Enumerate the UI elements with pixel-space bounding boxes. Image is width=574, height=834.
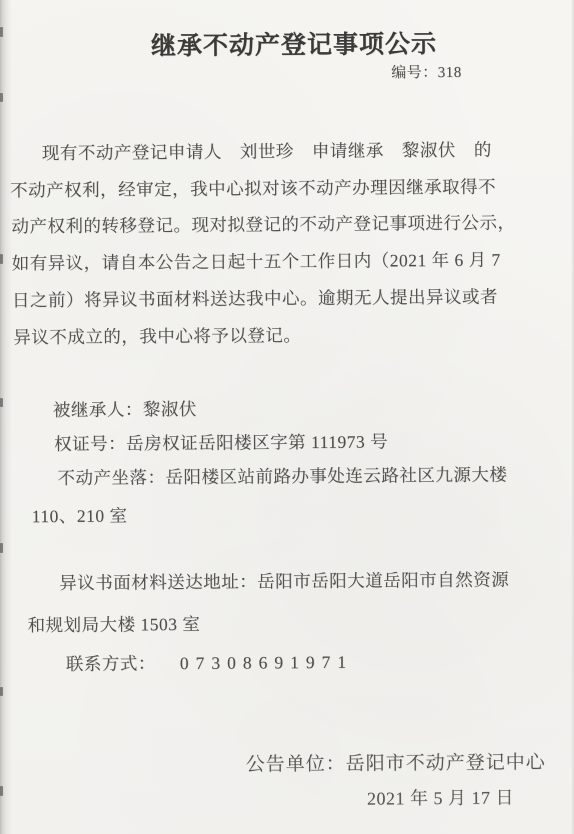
date-line: 2021 年 5 月 17 日 — [367, 787, 514, 809]
notice-paragraph-line-4: 如有异议，请自本公告之日起十五个工作日内（2021 年 6 月 7 — [12, 250, 501, 274]
notice-paragraph-line-6: 异议不成立的，我中心将予以登记。 — [13, 325, 301, 348]
scanned-notice-page: 继承不动产登记事项公示 编号：318 现有不动产登记申请人 刘世珍 申请继承 黎… — [0, 0, 574, 834]
document-number: 编号：318 — [391, 61, 462, 83]
publisher-line: 公告单位：岳阳市不动产登记中心 — [246, 752, 546, 777]
document-number-label: 编号： — [391, 65, 438, 81]
decedent-line: 被继承人：黎淑伏 — [53, 399, 197, 421]
contact-line: 联系方式：07308691971 — [66, 652, 353, 675]
contact-phone-number: 07308691971 — [180, 652, 353, 673]
document-content: 继承不动产登记事项公示 编号：318 现有不动产登记申请人 刘世珍 申请继承 黎… — [0, 0, 574, 834]
notice-paragraph-line-2: 不动产权利，经审定，我中心拟对该不动产办理因继承取得不 — [10, 177, 496, 201]
notice-paragraph-line-1: 现有不动产登记申请人 刘世珍 申请继承 黎淑伏 的 — [42, 140, 492, 164]
notice-paragraph-line-5: 日之前）将异议书面材料送达我中心。逾期无人提出异议或者 — [12, 287, 498, 311]
notice-paragraph-line-3: 动产权利的转移登记。现对拟登记的不动产登记事项进行公示， — [11, 212, 515, 237]
property-location-line-2: 110、210 室 — [32, 505, 128, 526]
contact-label: 联系方式： — [66, 653, 156, 674]
objection-address-line-2: 和规划局大楼 1503 室 — [27, 614, 200, 636]
scan-artifact-speck — [0, 786, 3, 796]
document-number-value: 318 — [438, 65, 462, 81]
property-location-line: 不动产坐落：岳阳楼区站前路办事处连云路社区九源大楼 — [57, 464, 507, 488]
certificate-number-line: 权证号：岳房权证岳阳楼区字第 111973 号 — [54, 431, 388, 454]
document-title: 继承不动产登记事项公示 — [7, 23, 574, 64]
objection-address-line: 异议书面材料送达地址：岳阳市岳阳大道岳阳市自然资源 — [59, 569, 509, 593]
